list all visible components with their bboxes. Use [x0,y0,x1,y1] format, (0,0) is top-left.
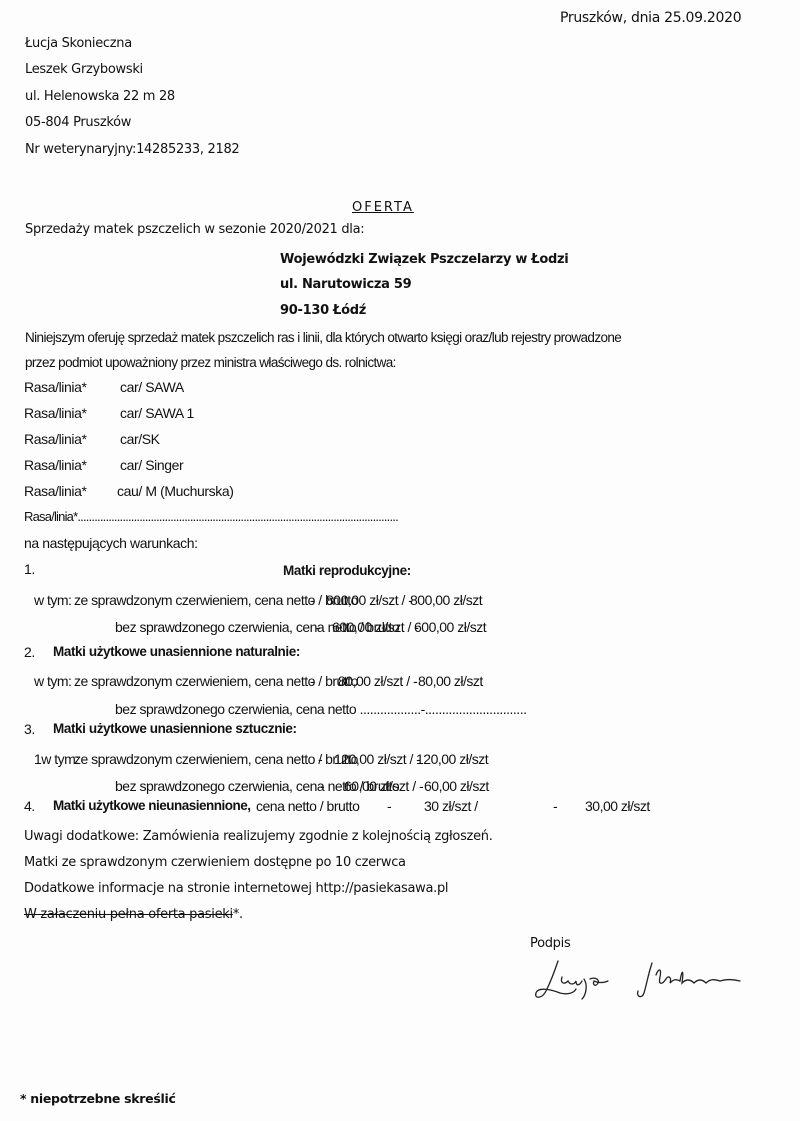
handwritten-signature [530,955,770,1005]
price-brutto: 60,00 zł/szt [424,778,489,794]
place-date: Pruszków, dnia 25.09.2020 [560,10,741,26]
row-desc: ze sprawdzonym czerwieniem, cena netto /… [74,673,358,689]
note-line: Dodatkowe informacje na stronie internet… [24,881,448,896]
row-prefix: 1w tym: [34,751,79,767]
row-dash: - [320,778,324,794]
breed-value: cau/ M (Muchurska) [117,483,234,499]
section-title: Matki użytkowe unasiennione sztucznie: [53,721,297,736]
row-dash: - [553,798,557,814]
signature-label: Podpis [530,936,570,951]
sender-line: ul. Helenowska 22 m 28 [25,89,175,104]
document-title: OFERTA [352,200,414,215]
row-dash: - [318,751,322,767]
note-line: Matki ze sprawdzonym czerwieniem dostępn… [24,855,406,870]
section-number: 4. [24,798,35,814]
price-brutto: 600,00 zł/szt [414,619,486,635]
breed-label: Rasa/linia* [24,379,87,395]
intro-line: Niniejszym oferuję sprzedaż matek pszcze… [25,330,621,345]
sender-vet-number: Nr weterynaryjny:14285233, 2182 [25,142,239,157]
price-netto: 80,00 zł/szt / - [338,673,417,689]
section-title: Matki reprodukcyjne: [283,563,411,578]
subtitle: Sprzedaży matek pszczelich w sezonie 202… [25,222,364,237]
breed-label: Rasa/linia* [24,431,87,447]
footnote: * niepotrzebne skreślić [20,1091,176,1106]
price-netto: 30 zł/szt / [424,798,478,814]
row-prefix: w tym: [34,592,71,608]
sender-line: Łucja Skonieczna [25,36,132,51]
section-number: 2. [24,644,35,660]
note-line: Uwagi dodatkowe: Zamówienia realizujemy … [24,829,493,844]
row-dash: - [387,798,391,814]
section-title: Matki użytkowe nieunasiennione, [53,798,251,813]
breed-label: Rasa/linia* [24,483,87,499]
row-dash: - [310,673,314,689]
breed-label: Rasa/linia* [24,457,87,473]
recipient-line: ul. Narutowicza 59 [280,277,411,292]
row-desc: ze sprawdzonym czerwieniem, cena netto /… [74,751,358,767]
price-brutto: 80,00 zł/szt [418,673,483,689]
breed-value: car/SK [120,431,160,447]
sender-line: Leszek Grzybowski [25,62,143,77]
breed-value: car/ Singer [120,457,183,473]
price-brutto: 30,00 zł/szt [585,798,650,814]
row-dash: - [316,619,320,635]
price-netto: 800,00 zł/szt / - [326,592,412,608]
price-netto: 120,00 zł/szt / - [334,751,420,767]
breed-value: car/ SAWA [120,379,184,395]
attachment-struck-text: W załaczeniu pełna oferta pasieki [24,907,233,922]
row-prefix: w tym: [34,673,71,689]
recipient-line: 90-130 Łódź [280,303,366,318]
price-netto: 600,00 zł/szt / - [332,619,418,635]
breed-value: car/ SAWA 1 [120,405,194,421]
intro-line: przez podmiot upoważniony przez ministra… [25,355,396,370]
price-brutto: 800,00 zł/szt [410,592,482,608]
recipient-line: Wojewódzki Związek Pszczelarzy w Łodzi [280,252,568,267]
section-number: 1. [24,561,35,577]
conditions-intro: na następujących warunkach: [24,535,198,551]
attachment-line: W załaczeniu pełna oferta pasieki*. [24,907,243,922]
section-number: 3. [24,721,35,737]
breed-label: Rasa/linia* [24,405,87,421]
section-title: Matki użytkowe unasiennione naturalnie: [53,644,300,659]
row-desc: cena netto / brutto [256,798,359,814]
price-netto: 60,00 zł/szt / - [344,778,423,794]
attachment-asterisk: *. [233,907,243,922]
row-desc: bez sprawdzonego czerwienia, cena netto … [115,701,526,717]
breed-blank-line: Rasa/linia*.............................… [24,509,398,524]
sender-line: 05-804 Pruszków [25,115,131,130]
row-desc: ze sprawdzonym czerwieniem, cena netto /… [74,592,358,608]
price-brutto: 120,00 zł/szt [416,751,488,767]
row-dash: - [310,592,314,608]
